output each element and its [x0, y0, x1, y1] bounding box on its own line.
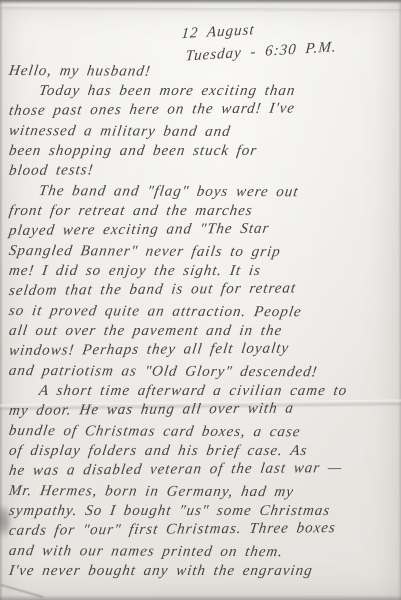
letter-body: Hello, my husband! Today has been more e… — [9, 61, 399, 581]
letter-line: he was a disabled veteran of the last wa… — [8, 458, 401, 481]
date-block: 12 August Tuesday - 6:30 P.M. — [181, 16, 337, 66]
letter-line: witnessed a military band and — [8, 121, 401, 143]
letter-page: 12 August Tuesday - 6:30 P.M. Hello, my … — [0, 0, 401, 600]
letter-line: and patriotism as "Old Glory" descended! — [8, 361, 401, 383]
letter-line: seldom that the band is out for retreat — [8, 278, 401, 301]
letter-line: Mr. Hermes, born in Germany, had my — [8, 481, 401, 503]
letter-line: my door. He was hung all over with a — [8, 398, 401, 421]
letter-line: The band and "flag" boys were out — [8, 181, 401, 203]
letter-line: so it proved quite an attraction. People — [8, 301, 401, 323]
letter-line: Spangled Banner" never fails to grip — [8, 241, 401, 263]
letter-line: those past ones here on the ward! I've — [8, 98, 401, 121]
letter-line: I've never bought any with the engraving — [8, 561, 401, 581]
letter-line: and with our names printed on them. — [8, 541, 401, 563]
letter-line: played were exciting and "The Star — [8, 218, 401, 241]
letter-line: bundle of Christmas card boxes, a case — [8, 421, 401, 443]
letter-line: blood tests! — [8, 158, 401, 181]
letter-content: 12 August Tuesday - 6:30 P.M. Hello, my … — [0, 0, 401, 600]
greeting: Hello, my husband! — [8, 61, 401, 83]
letter-line: windows! Perhaps they all felt loyalty — [8, 338, 401, 361]
letter-line: cards for "our" first Christmas. Three b… — [8, 518, 401, 541]
